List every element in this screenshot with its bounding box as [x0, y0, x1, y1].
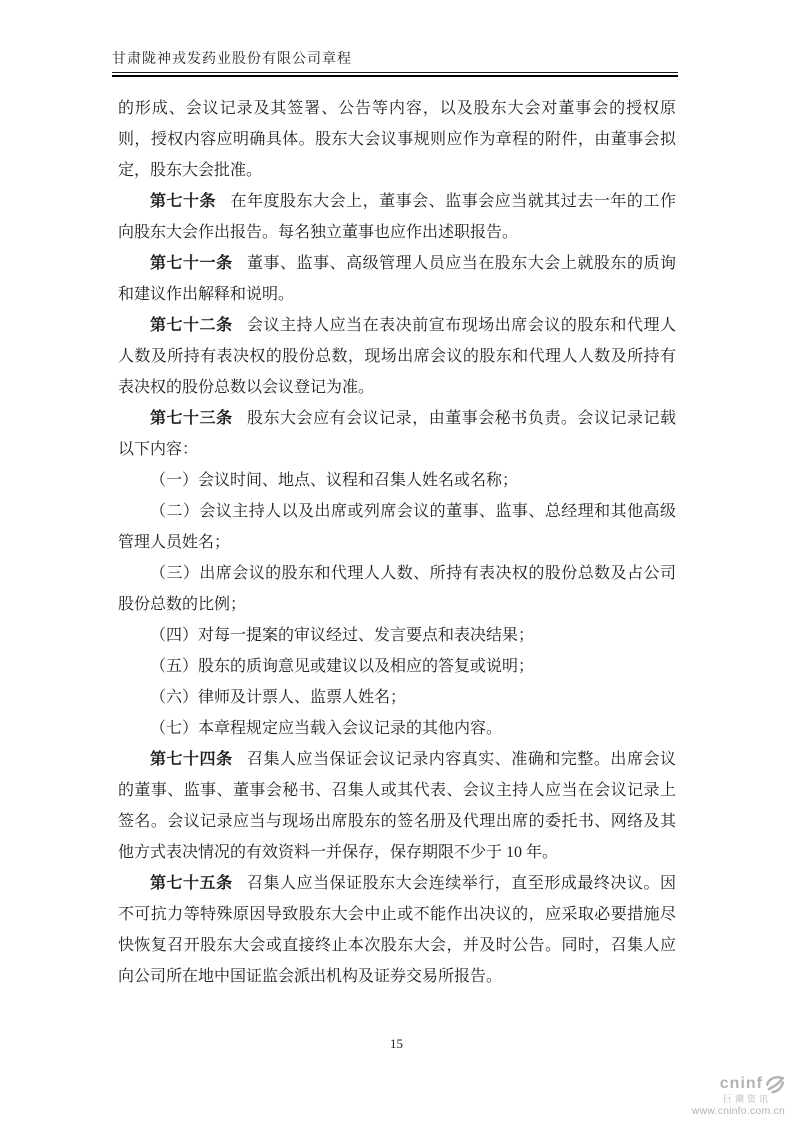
paragraph: （二）会议主持人以及出席或列席会议的董事、监事、总经理和其他高级管理人员姓名； — [118, 496, 676, 558]
article-number: 第七十四条 — [150, 751, 233, 768]
paragraph-text: 的形成、会议记录及其签署、公告等内容，以及股东大会对董事会的授权原则，授权内容应… — [118, 100, 676, 179]
document-page: 甘肃陇神戎发药业股份有限公司章程 的形成、会议记录及其签署、公告等内容，以及股东… — [0, 0, 793, 1122]
page-number: 15 — [0, 1036, 793, 1052]
paragraph-text: （五）股东的质询意见或建议以及相应的答复或说明； — [150, 658, 534, 675]
paragraph: 第七十一条董事、监事、高级管理人员应当在股东大会上就股东的质询和建议作出解释和说… — [118, 248, 676, 310]
paragraph: （三）出席会议的股东和代理人人数、所持有表决权的股份总数及占公司股份总数的比例； — [118, 558, 676, 620]
paragraph: （五）股东的质询意见或建议以及相应的答复或说明； — [118, 651, 676, 682]
paragraph: （七）本章程规定应当载入会议记录的其他内容。 — [118, 713, 676, 744]
paragraph: 第七十三条股东大会应有会议记录，由董事会秘书负责。会议记录记载以下内容： — [118, 403, 676, 465]
cninfo-brand-text: cninf — [720, 1075, 763, 1093]
page-header: 甘肃陇神戎发药业股份有限公司章程 — [112, 50, 678, 77]
article-number: 第七十二条 — [150, 317, 233, 334]
paragraph-text: （一）会议时间、地点、议程和召集人姓名或名称； — [150, 472, 518, 489]
paragraph: 第七十五条召集人应当保证股东大会连续举行，直至形成最终决议。因不可抗力等特殊原因… — [118, 868, 676, 992]
paragraph: （六）律师及计票人、监票人姓名； — [118, 682, 676, 713]
article-number: 第七十三条 — [150, 410, 233, 427]
paragraph: （一）会议时间、地点、议程和召集人姓名或名称； — [118, 465, 676, 496]
cninfo-watermark: cninf 巨潮资讯 www.cninfo.com.cn — [692, 1074, 785, 1118]
paragraph: 第七十四条召集人应当保证会议记录内容真实、准确和完整。出席会议的董事、监事、董事… — [118, 744, 676, 868]
paragraph-text: （七）本章程规定应当载入会议记录的其他内容。 — [150, 720, 502, 737]
paragraph: 的形成、会议记录及其签署、公告等内容，以及股东大会对董事会的授权原则，授权内容应… — [118, 93, 676, 186]
article-number: 第七十条 — [150, 193, 216, 210]
paragraph: 第七十条在年度股东大会上，董事会、监事会应当就其过去一年的工作向股东大会作出报告… — [118, 186, 676, 248]
paragraph-text: （四）对每一提案的审议经过、发言要点和表决结果； — [150, 627, 534, 644]
header-title: 甘肃陇神戎发药业股份有限公司章程 — [112, 50, 678, 70]
paragraph-text: （六）律师及计票人、监票人姓名； — [150, 689, 406, 706]
article-number: 第七十五条 — [150, 875, 233, 892]
document-content: 的形成、会议记录及其签署、公告等内容，以及股东大会对董事会的授权原则，授权内容应… — [118, 93, 676, 992]
cninfo-logo-row: cninf — [692, 1074, 785, 1094]
paragraph-text: （二）会议主持人以及出席或列席会议的董事、监事、总经理和其他高级管理人员姓名； — [118, 503, 676, 551]
paragraph: 第七十二条会议主持人应当在表决前宣布现场出席会议的股东和代理人人数及所持有表决权… — [118, 310, 676, 403]
cninfo-swirl-icon — [765, 1074, 785, 1094]
article-number: 第七十一条 — [150, 255, 233, 272]
header-rule — [112, 72, 678, 77]
cninfo-url: www.cninfo.com.cn — [692, 1106, 785, 1118]
paragraph: （四）对每一提案的审议经过、发言要点和表决结果； — [118, 620, 676, 651]
paragraph-text: （三）出席会议的股东和代理人人数、所持有表决权的股份总数及占公司股份总数的比例； — [118, 565, 676, 613]
cninfo-name-cn: 巨潮资讯 — [692, 1095, 785, 1105]
